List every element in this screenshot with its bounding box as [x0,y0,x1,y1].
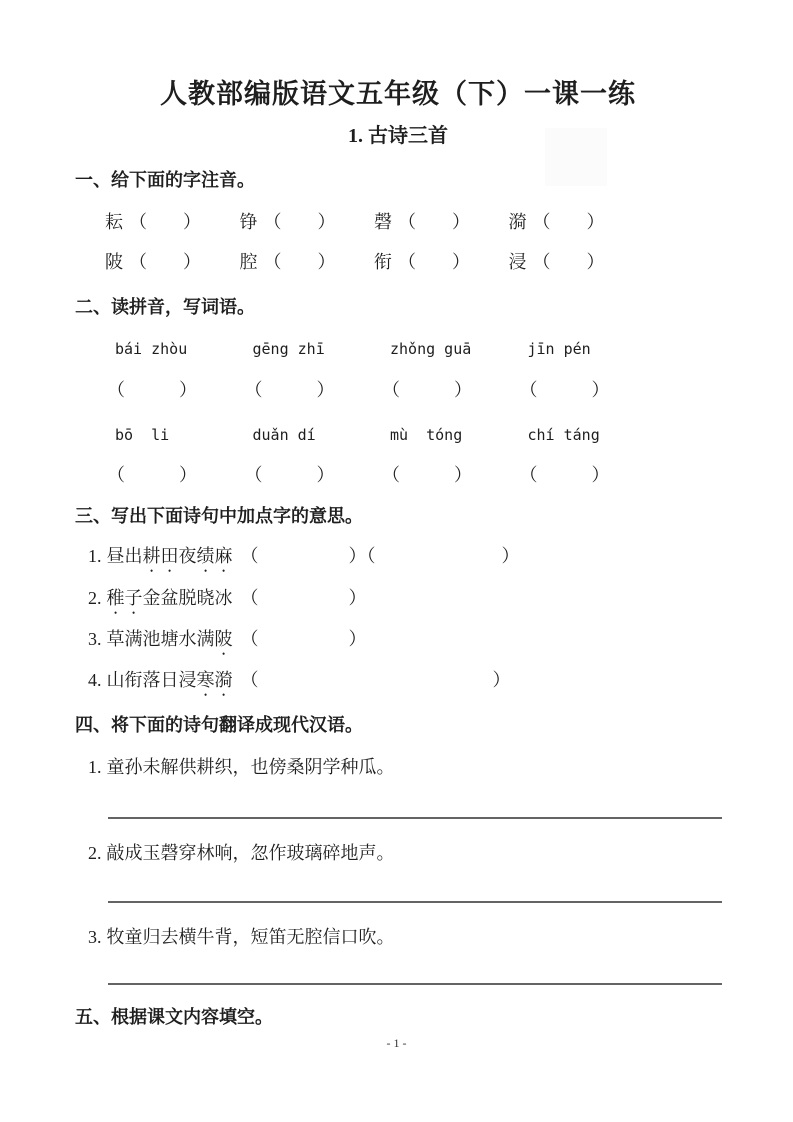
answer-blank[interactable]: （ ） [382,380,472,400]
pinyin-cell: duǎn dí [245,423,378,446]
verse-text: 牧童归去横牛背，短笛无腔信口吹。 [107,927,395,947]
pinyin-cell: bō li [107,423,240,446]
section2-heading: 二、读拼音，写词语。 [75,296,721,319]
section1-heading: 一、给下面的字注音。 [75,169,721,192]
blank-cell: （ ） [382,464,515,487]
verse-text: 童孙未解供耕织，也傍桑阴学种瓜。 [107,757,395,777]
answer-blank[interactable]: （ ） [264,252,336,272]
answer-blank[interactable]: （ ） [129,212,201,232]
pinyin-text: bō li [115,426,169,444]
page-number: - 1 - [0,1036,793,1051]
pinyin-cell: bái zhòu [107,337,240,360]
answer-line[interactable] [108,817,722,819]
section3-item-3: 3.草满池塘水满陂（ ） [88,628,721,659]
target-character: 漪 [509,212,527,232]
char-cell: 耘（ ） [105,211,235,234]
blank-cell: （ ） [107,379,240,402]
verse-text: 敲成玉磬穿林响，忽作玻璃碎地声。 [107,843,395,863]
char-cell: 铮（ ） [240,211,370,234]
answer-blank[interactable]: （ ） [245,465,335,485]
target-character: 腔 [240,252,258,272]
answer-blank[interactable]: （ ） [520,465,610,485]
pinyin-text: chí táng [528,426,600,444]
answer-blank[interactable]: （ ） [533,212,605,232]
answer-blank[interactable]: （ ） [264,212,336,232]
pinyin-text: duǎn dí [253,426,316,444]
item-number: 3. [88,629,102,649]
pinyin-text: zhǒng guā [390,340,471,358]
target-character: 浸 [509,252,527,272]
pinyin-cell: gēng zhī [245,337,378,360]
answer-blank[interactable]: （ ） [241,670,511,690]
target-character: 耘 [105,212,123,232]
section3-item-4: 4.山衔落日浸寒漪（ ） [88,669,721,700]
answer-blank[interactable]: （ ） [398,252,470,272]
item-number: 1. [88,757,102,777]
dotted-characters: 陂 [215,629,233,649]
dotted-characters: 耕田 [143,546,179,566]
blank-cell: （ ） [382,379,515,402]
char-cell: 漪（ ） [509,211,639,234]
verse-text: 草满池塘水满 [107,629,215,649]
answer-blank[interactable]: （ ） [129,252,201,272]
section2-paren-row-1: （ ） （ ） （ ） （ ） [75,379,721,402]
section4-item-3: 3.牧童归去横牛背，短笛无腔信口吹。 [88,926,721,949]
section2-pinyin-row-2: bō li duǎn dí mù tóng chí táng [75,423,721,446]
char-cell: 陂（ ） [105,251,235,274]
section4-heading: 四、将下面的诗句翻译成现代汉语。 [75,714,721,737]
answer-blank[interactable]: （ ） [382,465,472,485]
pinyin-text: jīn pén [528,340,591,358]
section1-char-row-1: 耘（ ） 铮（ ） 磬（ ） 漪（ ） [75,211,721,234]
worksheet-page: 人教部编版语文五年级（下）一课一练 1. 古诗三首 一、给下面的字注音。 耘（ … [0,0,793,1122]
char-cell: 衔（ ） [374,251,504,274]
section2-paren-row-2: （ ） （ ） （ ） （ ） [75,464,721,487]
section1-char-row-2: 陂（ ） 腔（ ） 衔（ ） 浸（ ） [75,251,721,274]
blank-cell: （ ） [245,464,378,487]
dotted-characters: 绩麻 [197,546,233,566]
pinyin-text: gēng zhī [253,340,325,358]
item-number: 3. [88,927,102,947]
target-character: 铮 [240,212,258,232]
pinyin-cell: jīn pén [520,337,653,360]
answer-blank[interactable]: （ ） [520,380,610,400]
answer-blank[interactable]: （ ） [107,465,197,485]
verse-text: 夜 [179,546,197,566]
answer-line[interactable] [108,901,722,903]
dotted-characters: 寒漪 [197,670,233,690]
section2-pinyin-row-1: bái zhòu gēng zhī zhǒng guā jīn pén [75,337,721,360]
verse-text: 昼出 [107,546,143,566]
answer-line[interactable] [108,983,722,985]
target-character: 陂 [105,252,123,272]
answer-blank[interactable]: （ ）（ ） [241,546,520,566]
item-number: 4. [88,670,102,690]
section3-heading: 三、写出下面诗句中加点字的意思。 [75,505,721,528]
pinyin-text: mù tóng [390,426,462,444]
pinyin-cell: mù tóng [382,423,515,446]
dotted-characters: 稚子 [107,588,143,608]
item-number: 1. [88,546,102,566]
target-character: 衔 [374,252,392,272]
target-character: 磬 [374,212,392,232]
blank-cell: （ ） [107,464,240,487]
pinyin-cell: chí táng [520,423,653,446]
answer-blank[interactable]: （ ） [107,380,197,400]
answer-blank[interactable]: （ ） [533,252,605,272]
section4-item-2: 2.敲成玉磬穿林响，忽作玻璃碎地声。 [88,842,721,865]
char-cell: 浸（ ） [509,251,639,274]
answer-blank[interactable]: （ ） [245,380,335,400]
verse-text: 金盆脱晓冰 [143,588,233,608]
item-number: 2. [88,588,102,608]
pinyin-cell: zhǒng guā [382,337,515,360]
answer-blank[interactable]: （ ） [241,629,367,649]
section5-heading: 五、根据课文内容填空。 [75,1006,721,1029]
answer-blank[interactable]: （ ） [398,212,470,232]
section3-item-2: 2.稚子金盆脱晓冰（ ） [88,587,721,618]
blank-cell: （ ） [520,379,653,402]
answer-blank[interactable]: （ ） [241,588,367,608]
page-title: 人教部编版语文五年级（下）一课一练 [75,78,721,112]
char-cell: 磬（ ） [374,211,504,234]
lesson-subtitle: 1. 古诗三首 [75,124,721,149]
section3-item-1: 1.昼出耕田夜绩麻（ ）（ ） [88,545,721,576]
char-cell: 腔（ ） [240,251,370,274]
verse-text: 山衔落日浸 [107,670,197,690]
section4-item-1: 1.童孙未解供耕织，也傍桑阴学种瓜。 [88,756,721,779]
blank-cell: （ ） [245,379,378,402]
blank-cell: （ ） [520,464,653,487]
pinyin-text: bái zhòu [115,340,187,358]
item-number: 2. [88,843,102,863]
